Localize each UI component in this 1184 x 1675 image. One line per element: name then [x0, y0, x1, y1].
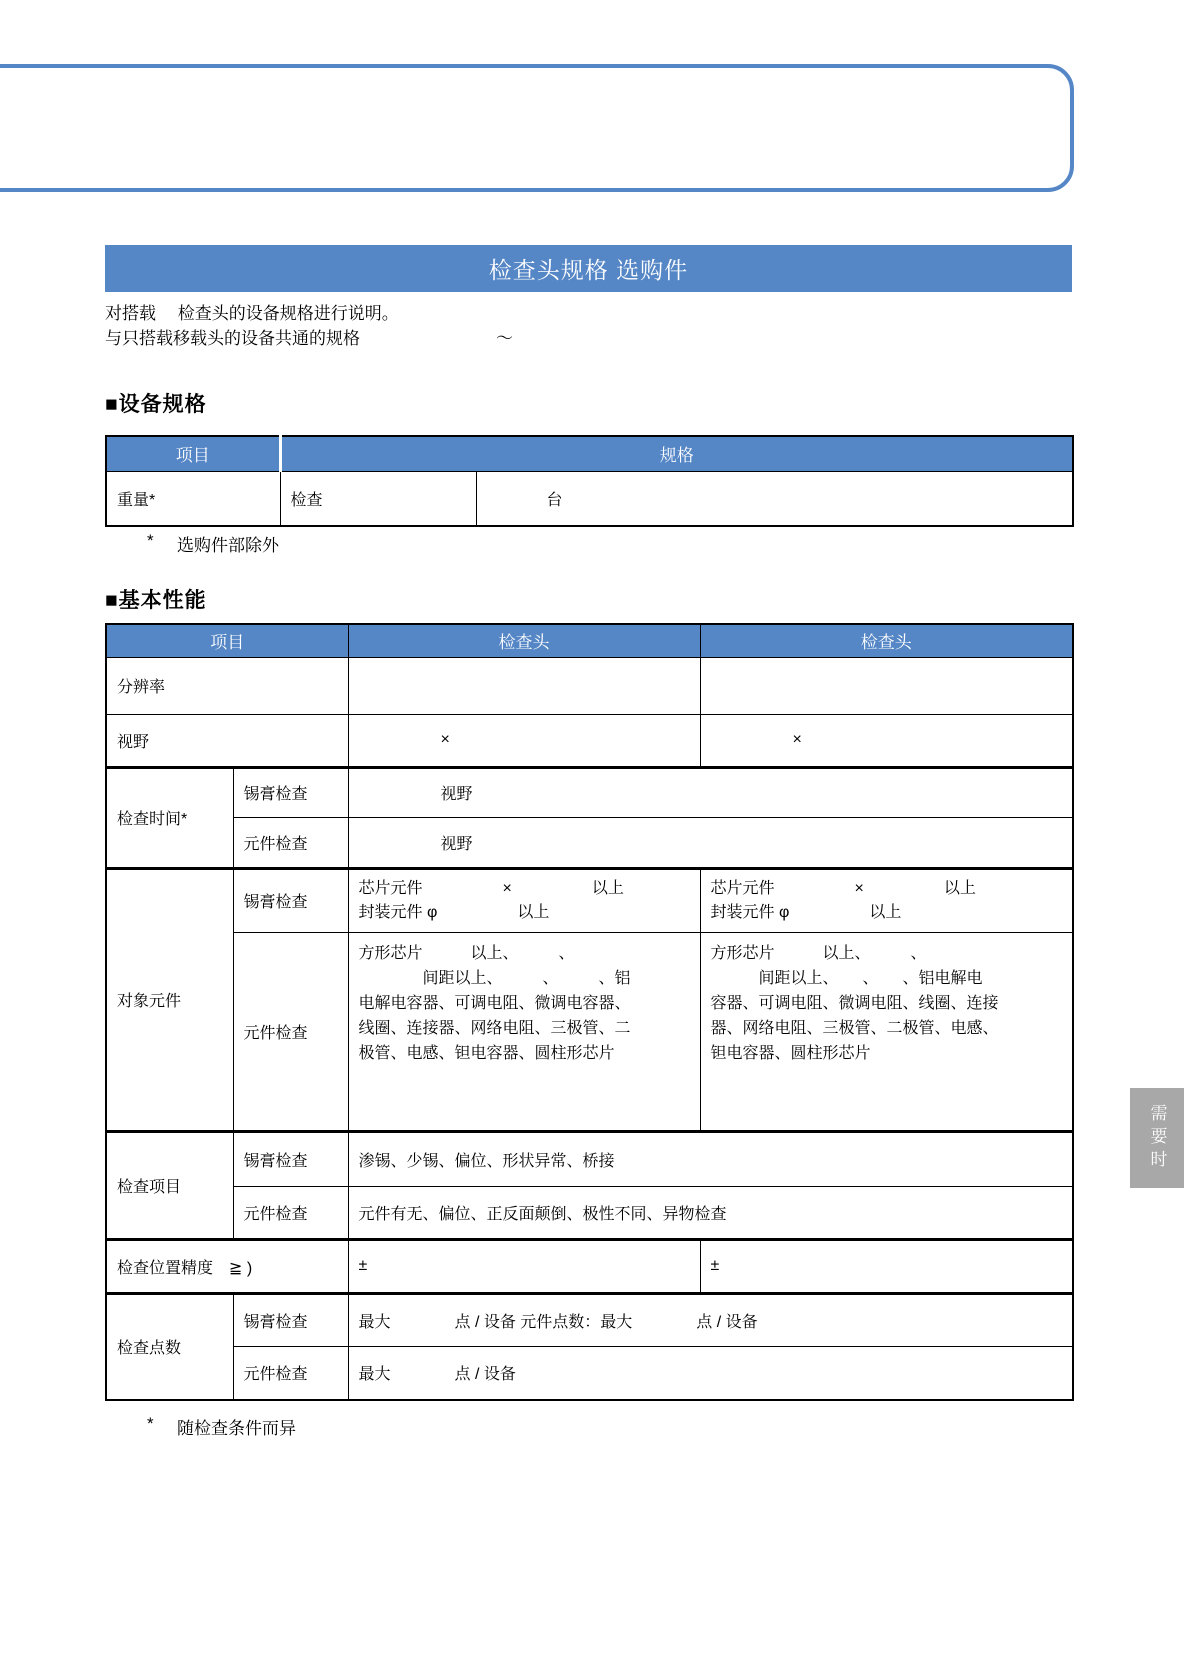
cell-time-comp-sublabel: 元件检查: [233, 817, 348, 868]
cell-targets-solder-head2: 芯片元件 × 以上 封装元件 φ 以上: [700, 868, 1073, 932]
page-title: 检查头规格 选购件: [105, 245, 1072, 292]
section-heading-equipment-specs: ■设备规格: [105, 388, 207, 418]
row-fov: 视野 × ×: [106, 714, 1073, 767]
cell-points-comp-sublabel: 元件检查: [233, 1346, 348, 1400]
cell-targets-solder-sublabel: 锡膏检查: [233, 868, 348, 932]
table-header-row: 项目 检查头 检查头: [106, 624, 1073, 657]
header-spec: 规格: [280, 436, 1073, 471]
cell-weight-label: 重量*: [106, 471, 280, 526]
cell-points-solder-sublabel: 锡膏检查: [233, 1293, 348, 1346]
table-header-row: 项目 规格: [106, 436, 1073, 471]
intro-line-2: 与只搭载移载头的设备共通的规格 ～: [105, 329, 513, 348]
header-item: 项目: [106, 624, 348, 657]
cell-fov-head1: ×: [348, 714, 700, 767]
basic-performance-table: 项目 检查头 检查头 分辨率 视野 × × 检查时间* 锡膏检查 视野 元件检查…: [105, 623, 1074, 1401]
cell-time-solder-sublabel: 锡膏检查: [233, 767, 348, 817]
footnote-asterisk: *: [147, 1414, 177, 1439]
cell-time-solder-value: 视野: [348, 767, 1073, 817]
cell-accuracy-head2: ±: [700, 1239, 1073, 1293]
footnote-asterisk: *: [147, 531, 177, 556]
cell-targets-label: 对象元件: [106, 868, 233, 1131]
cell-items-comp-value: 元件有无、偏位、正反面颠倒、极性不同、异物检查: [348, 1186, 1073, 1239]
cell-fov-head2: ×: [700, 714, 1073, 767]
intro-line-1: 对搭载 检查头的设备规格进行说明。: [105, 304, 399, 323]
equipment-spec-table: 项目 规格 重量* 检查 台: [105, 435, 1074, 527]
row-resolution: 分辨率: [106, 657, 1073, 714]
cell-targets-comp-sublabel: 元件检查: [233, 932, 348, 1131]
cell-weight-value: 台: [476, 471, 1073, 526]
cell-points-comp-value: 最大 点 / 设备: [348, 1346, 1073, 1400]
footnote-text: 选购件部除外: [177, 531, 279, 556]
section-heading-basic-performance: ■基本性能: [105, 584, 207, 614]
cell-time-comp-value: 视野: [348, 817, 1073, 868]
cell-resolution-label: 分辨率: [106, 657, 348, 714]
footnote-text: 随检查条件而异: [177, 1414, 296, 1439]
row-inspection-time-solder: 检查时间* 锡膏检查 视野: [106, 767, 1073, 817]
table-row: 重量* 检查 台: [106, 471, 1073, 526]
cell-items-solder-sublabel: 锡膏检查: [233, 1131, 348, 1186]
cell-points-solder-value: 最大 点 / 设备 元件点数：最大 点 / 设备: [348, 1293, 1073, 1346]
callout-box: [0, 64, 1074, 192]
cell-targets-comp-head1: 方形芯片 以上、 、 间距以上、 、 、铝 电解电容器、可调电阻、微调电容器、 …: [348, 932, 700, 1131]
cell-items-comp-sublabel: 元件检查: [233, 1186, 348, 1239]
header-head1: 检查头: [348, 624, 700, 657]
cell-resolution-head2: [700, 657, 1073, 714]
row-position-accuracy: 检查位置精度 ≧ ) ± ±: [106, 1239, 1073, 1293]
cell-items-label: 检查项目: [106, 1131, 233, 1239]
cell-fov-label: 视野: [106, 714, 348, 767]
cell-accuracy-head1: ±: [348, 1239, 700, 1293]
row-target-components-component: 元件检查 方形芯片 以上、 、 间距以上、 、 、铝 电解电容器、可调电阻、微调…: [106, 932, 1073, 1131]
intro-paragraph: 对搭载 检查头的设备规格进行说明。 与只搭载移载头的设备共通的规格 ～: [105, 301, 513, 351]
footnote-performance: * 随检查条件而异: [147, 1414, 296, 1439]
footnote-equipment: * 选购件部除外: [147, 531, 279, 556]
cell-items-solder-value: 渗锡、少锡、偏位、形状异常、桥接: [348, 1131, 1073, 1186]
cell-weight-type: 检查: [280, 471, 476, 526]
row-inspection-points-solder: 检查点数 锡膏检查 最大 点 / 设备 元件点数：最大 点 / 设备: [106, 1293, 1073, 1346]
row-inspection-points-component: 元件检查 最大 点 / 设备: [106, 1346, 1073, 1400]
cell-targets-solder-head1: 芯片元件 × 以上 封装元件 φ 以上: [348, 868, 700, 932]
side-index-tab: 需要时: [1130, 1088, 1184, 1188]
header-item: 项目: [106, 436, 280, 471]
row-inspection-items-component: 元件检查 元件有无、偏位、正反面颠倒、极性不同、异物检查: [106, 1186, 1073, 1239]
row-target-components-solder: 对象元件 锡膏检查 芯片元件 × 以上 封装元件 φ 以上 芯片元件 × 以上 …: [106, 868, 1073, 932]
cell-time-label: 检查时间*: [106, 767, 233, 868]
cell-accuracy-label: 检查位置精度 ≧ ): [106, 1239, 348, 1293]
cell-resolution-head1: [348, 657, 700, 714]
row-inspection-time-component: 元件检查 视野: [106, 817, 1073, 868]
cell-points-label: 检查点数: [106, 1293, 233, 1400]
row-inspection-items-solder: 检查项目 锡膏检查 渗锡、少锡、偏位、形状异常、桥接: [106, 1131, 1073, 1186]
cell-targets-comp-head2: 方形芯片 以上、 、 间距以上、 、 、铝电解电 容器、可调电阻、微调电阻、线圈…: [700, 932, 1073, 1131]
header-head2: 检查头: [700, 624, 1073, 657]
